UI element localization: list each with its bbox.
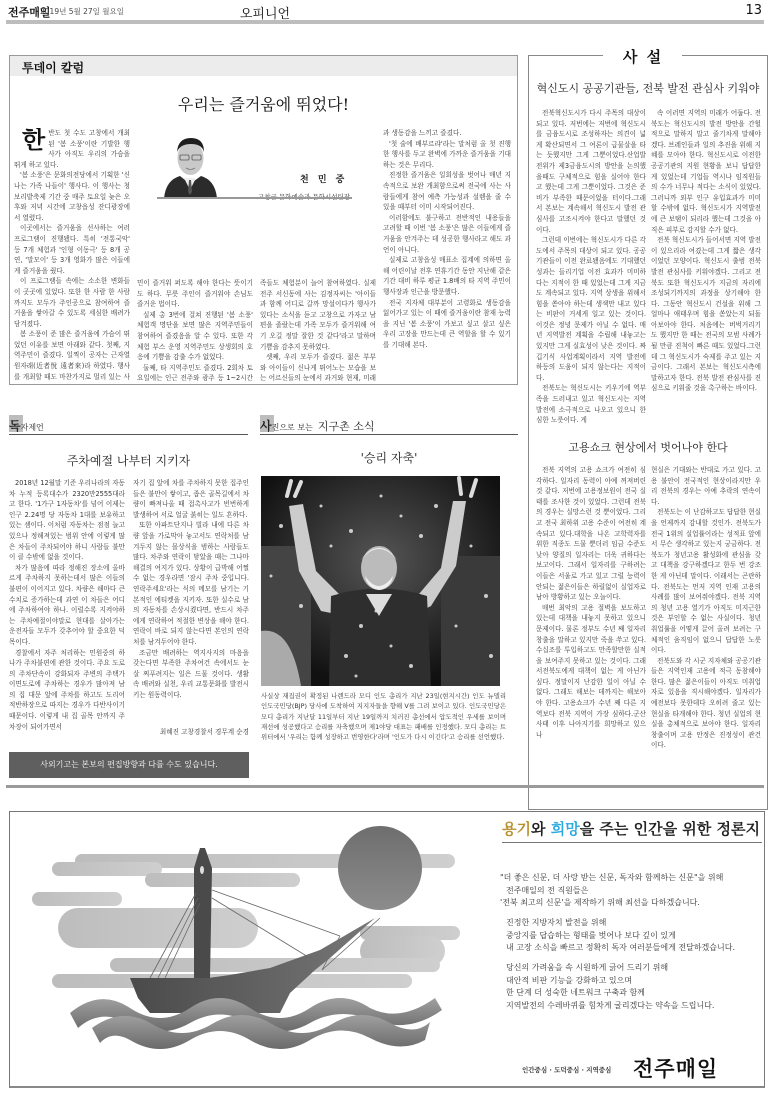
editorial-1-col1: 전북혁신도시가 다시 주목의 대상이 되고 있다. 저번에는 저번에 혁신도시를… (536, 108, 646, 428)
dropcap: 한 (22, 128, 45, 152)
ad-logo: 전주매일 (633, 1053, 718, 1083)
page-divider (6, 785, 764, 788)
editorial-1-title: 혁신도시 공공기관들, 전북 발전 관심사 키워야 (529, 80, 767, 96)
editorial-top-rule-right (682, 55, 768, 56)
editorial-label: 사 설 (603, 46, 683, 67)
page-number: 13 (745, 3, 762, 18)
today-column-text-col2: 민이 즐거워 퍼도록 해야 한다는 뜻이기도 하다. 무릇 주인이 즐거워야 손… (137, 278, 253, 383)
author-name: 천 민 중 (300, 172, 347, 185)
author-portrait (162, 128, 219, 198)
author-portrait-icon (162, 128, 219, 198)
ad-paragraph-3: 당신의 가려움을 속 시원하게 긁어 드리기 위해 대안적 비판 기능을 강화하… (506, 962, 714, 1012)
today-column-header-bar (10, 56, 517, 76)
author-divider (157, 197, 352, 199)
today-column-label: 투데이 칼럼 (22, 59, 84, 76)
ad-illustration (30, 818, 470, 1083)
ad-slogan: 용기와 희망을 주는 인간을 위한 정론지 (502, 818, 760, 839)
disclaimer-notice: 사외기고는 본보의 편집방향과 다를 수도 있습니다. (9, 752, 249, 778)
editorial-2-col1: 전북 지역의 고용 쇼크가 여전히 심각하다. 일자리 동력이 아예 꺼져버린 … (536, 465, 646, 765)
ad-motto: 인간중심 · 도덕중심 · 지역중심 (522, 1065, 611, 1074)
today-column-text-col4: 과 생동감을 느끼고 즐겼다. '첫 술에 배부르랴'라는 말처럼 올 첫 진행… (383, 128, 511, 383)
reader-column-rule (9, 434, 248, 435)
pen-nib-ship-icon (30, 818, 470, 1083)
reader-column-col2: 자기 집 앞에 차를 주차하지 못한 집주인들은 불만이 쌓이고, 좁은 골목길… (133, 478, 249, 726)
editorial-top-rule-left (528, 55, 603, 56)
reader-column-label: 독자제언 (9, 415, 248, 435)
photo-news-title: '승리 자축' (260, 449, 518, 466)
editorial-2-title: 고용쇼크 현상에서 벗어나야 한다 (529, 439, 767, 455)
reader-column-byline: 최혜진 고창경찰서 경무계 순경 (133, 727, 249, 738)
ad-paragraph-1: "더 좋은 신문, 더 사랑 받는 신문, 독자와 함께하는 신문"을 위해 전… (500, 872, 723, 910)
ad-paragraph-2: 진정한 지방자치 발전을 위해 중앙지를 답습하는 형태를 벗어나 보다 깊이 … (506, 917, 735, 955)
today-column-text-col1: 한 반도 첫 수도 고창에서 개최된 '봄 소풍'이란 기발한 행사가 아직도 … (14, 128, 130, 383)
photo-news-label: 사진으로 보는 지구촌 소식 (260, 415, 375, 434)
reader-column-title: 주차예절 나부터 지키자 (9, 452, 248, 469)
masthead-rule (6, 20, 764, 24)
today-column-text-col3: 족들도 체험분이 늘어 참여하였다. 실제 전주 서신동에 사는 김정자씨는 '… (260, 278, 376, 383)
photo-news-image (261, 476, 500, 686)
reader-column-col1: 2018년 12월말 기준 우리나라의 자동차 누적 등록대수가 2320만25… (9, 478, 125, 738)
photo-news-caption: 사실상 재집권이 확정된 나렌드라 모디 인도 총리가 지난 23일(현지시간)… (261, 691, 506, 742)
victory-celebration-photo-icon (261, 476, 500, 686)
ad-slogan-rule (502, 842, 762, 843)
editorial-1-col2: 속 이러면 지역의 미래가 어둡다. 전북도는 혁신도시의 발전 방안을 간헐적… (651, 108, 761, 428)
photo-news-rule (260, 434, 518, 435)
editorial-2-col2: 현실은 기대와는 반대로 가고 있다. 고용 불안이 전국적인 현상이라지만 우… (651, 465, 761, 765)
today-column-title: 우리는 즐거움에 뛰었다! (10, 92, 517, 115)
